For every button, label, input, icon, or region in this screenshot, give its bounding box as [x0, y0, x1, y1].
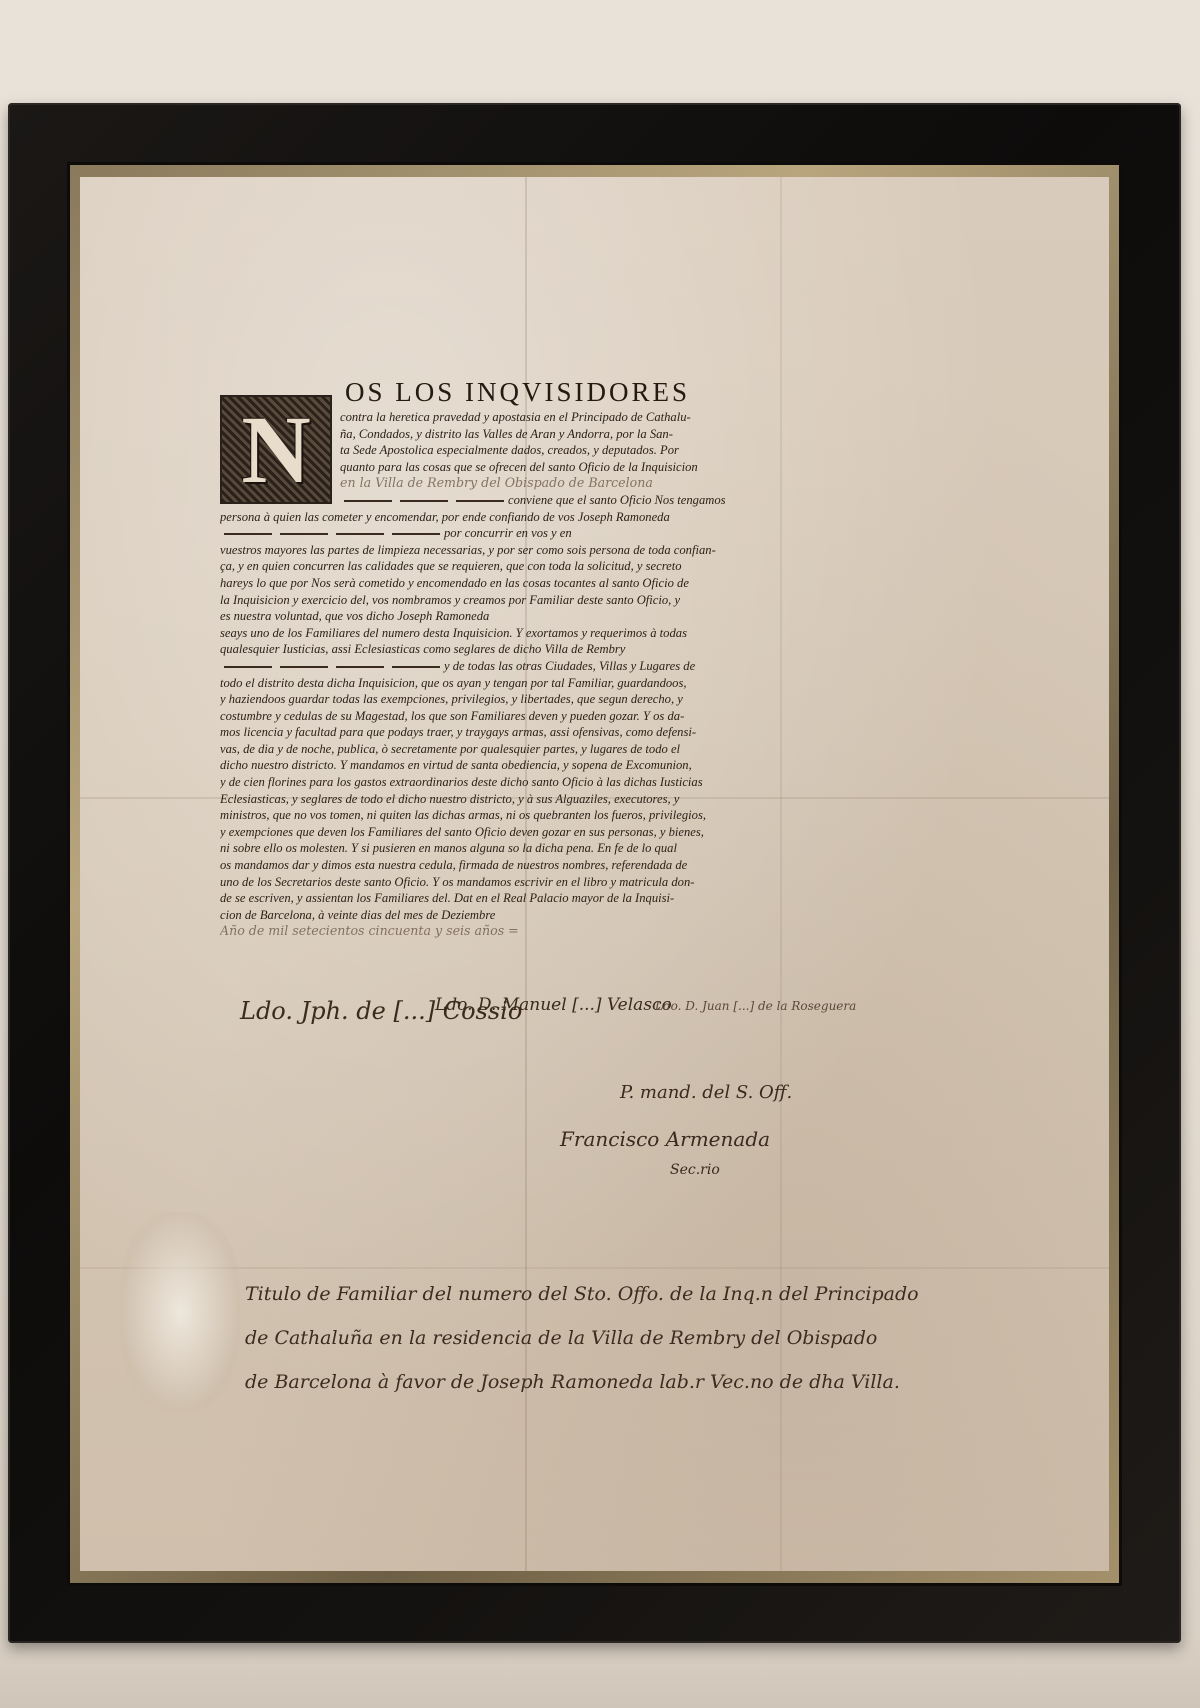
text-line: ña, Condados, y distrito las Valles de A…	[220, 426, 780, 443]
signature-3: Ldo. D. Juan [...] de la Roseguera	[655, 999, 856, 1013]
text-line: ça, y en quien concurren las calidades q…	[220, 558, 780, 575]
text-line: quanto para las cosas que se ofrecen del…	[220, 459, 780, 476]
text-line: dicho nuestro districto. Y mandamos en v…	[220, 757, 780, 774]
text-line: contra la heretica pravedad y apostasia …	[220, 409, 780, 426]
text-line: Eclesiasticas, y seglares de todo el dic…	[220, 791, 780, 808]
mandate-note: P. mand. del S. Off.	[620, 1082, 792, 1103]
text-line: uno de los Secretarios deste santo Ofici…	[220, 874, 780, 891]
document-paper: N OS LOS INQVISIDORES contra la heretica…	[80, 177, 1109, 1571]
text-line: es nuestra voluntad, que vos dicho Josep…	[220, 608, 780, 625]
handwritten-endorsement: Titulo de Familiar del numero del Sto. O…	[245, 1272, 1109, 1404]
text-line: costumbre y cedulas de su Magestad, los …	[220, 708, 780, 725]
text-line: mos licencia y facultad para que podays …	[220, 724, 780, 741]
text-line: y haziendoos guardar todas las exempcion…	[220, 691, 780, 708]
text-line: y de todas las otras Ciudades, Villas y …	[220, 658, 780, 675]
text-line: seays uno de los Familiares del numero d…	[220, 625, 780, 642]
wall-shelf	[0, 1640, 1200, 1708]
printed-body: contra la heretica pravedad y apostasia …	[220, 409, 780, 940]
endorsement-line: de Cathaluña en la residencia de la Vill…	[245, 1316, 1109, 1360]
text-line: y exempciones que deven los Familiares d…	[220, 824, 780, 841]
text-line: cion de Barcelona, à veinte dias del mes…	[220, 907, 780, 924]
text-line: ni sobre ello os molesten. Y si pusieren…	[220, 840, 780, 857]
text-line: persona à quien las cometer y encomendar…	[220, 509, 780, 526]
text-line: de se escriven, y assientan los Familiar…	[220, 890, 780, 907]
secretary-title: Sec.rio	[670, 1162, 720, 1178]
secretary-signature: Francisco Armenada	[560, 1127, 770, 1151]
text-line: ministros, que no vos tomen, ni quiten l…	[220, 807, 780, 824]
text-line: ta Sede Apostolica especialmente dados, …	[220, 442, 780, 459]
paper-stain	[120, 1212, 240, 1412]
text-line: os mandamos dar y dimos esta nuestra ced…	[220, 857, 780, 874]
text-line: hareys lo que por Nos serà cometido y en…	[220, 575, 780, 592]
endorsement-line: de Barcelona à favor de Joseph Ramoneda …	[245, 1360, 1109, 1404]
text-line: todo el distrito desta dicha Inquisicion…	[220, 675, 780, 692]
text-line: vuestros mayores las partes de limpieza …	[220, 542, 780, 559]
handwritten-date: Año de mil setecientos cincuenta y seis …	[220, 923, 780, 940]
text-line: la Inquisicion y exercicio del, vos nomb…	[220, 592, 780, 609]
text-line: qualesquier Iusticias, assi Eclesiastica…	[220, 641, 780, 658]
handwritten-fill: en la Villa de Rembry del Obispado de Ba…	[220, 475, 780, 492]
text-line: conviene que el santo Oficio Nos tengamo…	[220, 492, 780, 509]
text-line: y de cien florines para los gastos extra…	[220, 774, 780, 791]
document-heading: OS LOS INQVISIDORES	[345, 377, 690, 408]
text-line: por concurrir en vos y en	[220, 525, 780, 542]
frame-gilt-edge: N OS LOS INQVISIDORES contra la heretica…	[70, 165, 1119, 1583]
text-line: vas, de dia y de noche, publica, ò secre…	[220, 741, 780, 758]
signature-2: Ldo. D. Manuel [...] Velasco	[435, 995, 672, 1015]
picture-frame: N OS LOS INQVISIDORES contra la heretica…	[8, 103, 1181, 1643]
endorsement-line: Titulo de Familiar del numero del Sto. O…	[245, 1272, 1109, 1316]
